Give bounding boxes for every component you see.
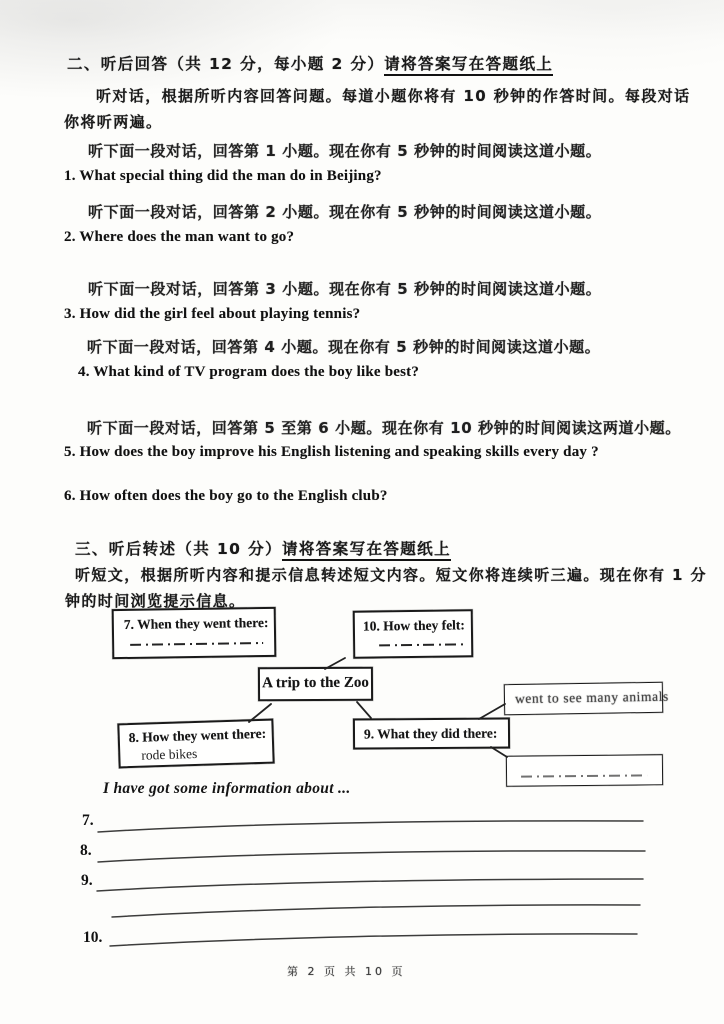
- mindmap-box-when: 7. When they went there:: [112, 607, 277, 659]
- blank-answer-line: [521, 774, 647, 777]
- section3-heading-text: 三、听后转述（共 10 分）: [75, 540, 282, 558]
- dialog-prompt-2: 听下面一段对话，回答第 2 小题。现在你有 5 秒钟的时间阅读这道小题。: [88, 201, 601, 222]
- answer-ruled-lines: [97, 821, 645, 946]
- mindmap-center-box: A trip to the Zoo: [258, 667, 373, 702]
- section3-intro-line-1: 听短文，根据所听内容和提示信息转述短文内容。短文你将连续听三遍。现在你有 1 分: [75, 564, 707, 585]
- dialog-prompt-3: 听下面一段对话，回答第 3 小题。现在你有 5 秒钟的时间阅读这道小题。: [88, 278, 601, 299]
- question-4: 4. What kind of TV program does the boy …: [78, 364, 419, 381]
- mindmap-box-what-label: 9. What they did there:: [355, 719, 508, 747]
- blank-answer-line: [379, 643, 463, 646]
- answer-number-8: 8.: [80, 842, 92, 860]
- question-6: 6. How often does the boy go to the Engl…: [64, 488, 388, 505]
- section2-intro-line-2: 你将听两遍。: [64, 111, 162, 132]
- exam-page: 二、听后回答（共 12 分，每小题 2 分）请将答案写在答题纸上 听对话，根据所…: [0, 0, 724, 1024]
- mindmap-center-title: A trip to the Zoo: [260, 669, 371, 699]
- mindmap-box-how: 8. How they went there: rode bikes: [117, 719, 274, 769]
- section2-intro-line-1: 听对话，根据所听内容回答问题。每道小题你将有 10 秒钟的作答时间。每段对话: [96, 85, 691, 106]
- mindmap-box-feel-label: 10. How they felt:: [355, 611, 471, 634]
- answer-number-7: 7.: [82, 812, 94, 830]
- dialog-prompt-5-6: 听下面一段对话，回答第 5 至第 6 小题。现在你有 10 秒钟的时间阅读这两道…: [87, 417, 681, 438]
- question-2: 2. Where does the man want to go?: [64, 229, 294, 246]
- question-1: 1. What special thing did the man do in …: [64, 168, 382, 185]
- section3-heading: 三、听后转述（共 10 分）请将答案写在答题纸上: [75, 537, 451, 559]
- mindmap-note-empty: [506, 754, 663, 787]
- dialog-prompt-4: 听下面一段对话，回答第 4 小题。现在你有 5 秒钟的时间阅读这道小题。: [87, 336, 600, 357]
- page-footer: 第 2 页 共 10 页: [287, 963, 405, 979]
- mindmap-note-animals-text: went to see many animals: [505, 683, 662, 713]
- mindmap-box-when-label: 7. When they went there:: [114, 609, 274, 633]
- blank-answer-line: [130, 642, 263, 646]
- retell-starter-sentence: I have got some information about ...: [103, 780, 351, 798]
- question-3: 3. How did the girl feel about playing t…: [64, 306, 360, 323]
- question-5: 5. How does the boy improve his English …: [64, 444, 599, 461]
- dialog-prompt-1: 听下面一段对话，回答第 1 小题。现在你有 5 秒钟的时间阅读这道小题。: [88, 140, 601, 161]
- section3-answer-sheet-instruction: 请将答案写在答题纸上: [282, 540, 451, 561]
- answer-number-10: 10.: [83, 929, 102, 947]
- mindmap-note-animals: went to see many animals: [504, 682, 663, 715]
- section2-heading-text: 二、听后回答（共 12 分，每小题 2 分）: [67, 55, 384, 73]
- section2-heading: 二、听后回答（共 12 分，每小题 2 分）请将答案写在答题纸上: [67, 52, 553, 74]
- answer-number-9: 9.: [81, 872, 93, 890]
- mindmap-box-feel: 10. How they felt:: [353, 609, 474, 658]
- section2-answer-sheet-instruction: 请将答案写在答题纸上: [384, 55, 553, 76]
- mindmap-box-what: 9. What they did there:: [353, 717, 510, 749]
